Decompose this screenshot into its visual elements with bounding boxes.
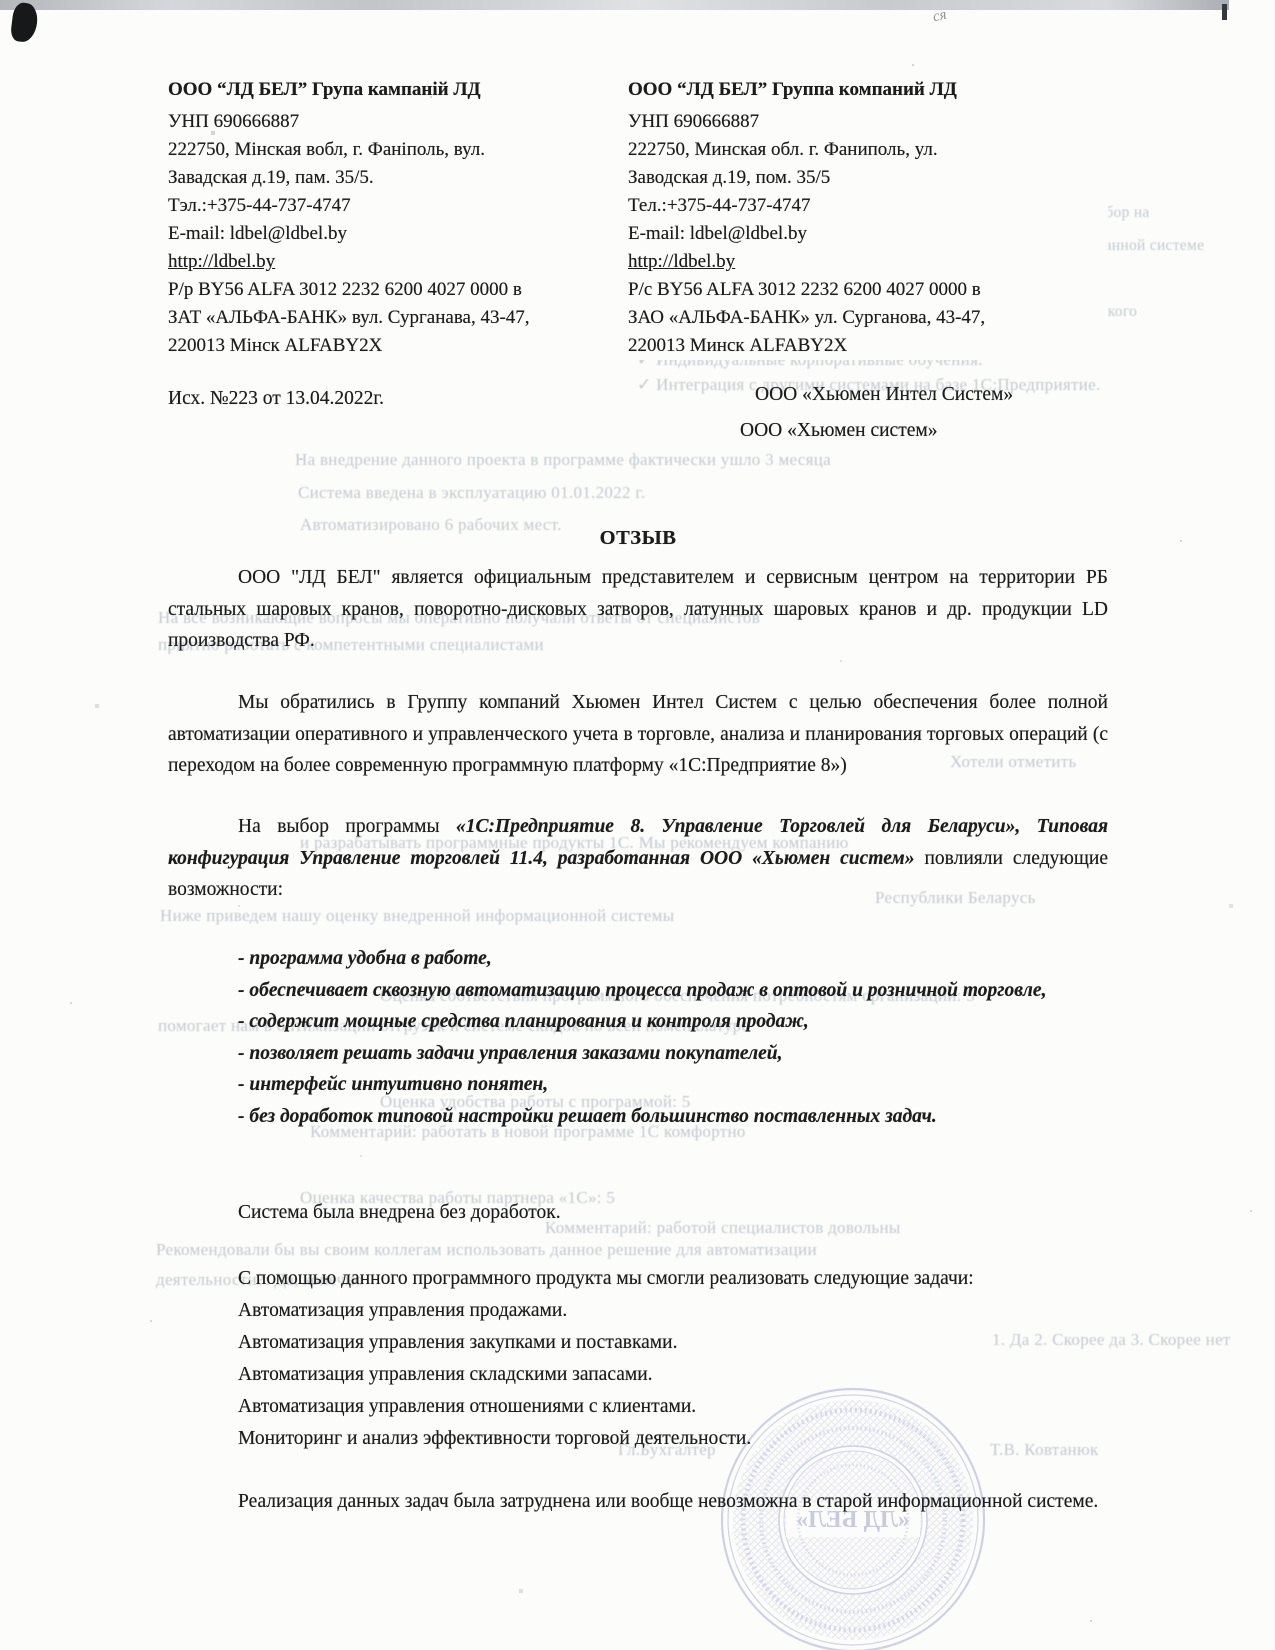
scanned-document-page: ся В качестве приложения при разработке … — [0, 0, 1275, 1650]
header-line: УНП 690666887 — [628, 108, 1108, 136]
header-line: УНП 690666887 — [168, 108, 638, 136]
document-title: ОТЗЫВ — [168, 527, 1108, 550]
header-line: Тел.:+375-44-737-4747 — [628, 192, 1108, 220]
task-line: Автоматизация управления закупками и пос… — [168, 1327, 1108, 1359]
paragraph-tasks-intro: С помощью данного программного продукта … — [168, 1263, 1108, 1295]
scan-artifact-band — [0, 0, 1229, 10]
addressee-line-2: ООО «Хьюмен систем» — [740, 420, 937, 442]
scan-noise-speckles — [0, 0, 2, 2]
outgoing-number: Исх. №223 от 13.04.2022г. — [168, 388, 384, 410]
header-line: Заводская д.19, пом. 35/5 — [628, 164, 1108, 192]
task-line: Автоматизация управления складскими запа… — [168, 1359, 1108, 1391]
feature-item: - без доработок типовой настройки решает… — [168, 1101, 1108, 1133]
header-line: Тэл.:+375-44-737-4747 — [168, 192, 638, 220]
company-header-right: ООО “ЛД БЕЛ” Группа компаний ЛД УНП 6906… — [628, 76, 1108, 360]
website-url: http://ldbel.by — [628, 248, 1108, 276]
bleedthrough-fragment: На внедрение данного проекта в программе… — [295, 450, 831, 470]
handwriting-mark: ся — [931, 7, 948, 26]
task-line: Автоматизация управления продажами. — [168, 1295, 1108, 1327]
company-name-right: ООО “ЛД БЕЛ” Группа компаний ЛД — [628, 76, 1108, 104]
tasks-block: С помощью данного программного продукта … — [168, 1263, 1108, 1455]
p3-lead: На выбор программы — [238, 816, 456, 837]
paragraph-implemented: Система была внедрена без доработок. — [168, 1197, 1108, 1229]
header-line: 220013 Мінск ALFABY2X — [168, 332, 638, 360]
task-line: Мониторинг и анализ эффективности торгов… — [168, 1423, 1108, 1455]
paragraph-goal: Мы обратились в Группу компаний Хьюмен И… — [168, 687, 1108, 782]
feature-item: - обеспечивает сквозную автоматизацию пр… — [168, 975, 1108, 1007]
header-line: E-mail: ldbel@ldbel.by — [168, 220, 638, 248]
website-url: http://ldbel.by — [168, 248, 638, 276]
scan-artifact-edge-tick — [1222, 4, 1227, 20]
addressee-line-1: ООО «Хьюмен Интел Систем» — [755, 384, 1013, 406]
header-line: E-mail: ldbel@ldbel.by — [628, 220, 1108, 248]
header-line: Р/р BY56 ALFA 3012 2232 6200 4027 0000 в — [168, 276, 638, 304]
feature-item: - содержит мощные средства планирования … — [168, 1006, 1108, 1038]
task-line: Автоматизация управления отношениями с к… — [168, 1391, 1108, 1423]
header-line: ЗАО «АЛЬФА-БАНК» ул. Сурганова, 43-47, — [628, 304, 1108, 332]
header-line: 222750, Мінская вобл, г. Фаніполь, вул. — [168, 136, 638, 164]
header-line: Р/с BY56 ALFA 3012 2232 6200 4027 0000 в — [628, 276, 1108, 304]
feature-item: - программа удобна в работе, — [168, 943, 1108, 975]
header-line: 222750, Минская обл. г. Фаниполь, ул. — [628, 136, 1108, 164]
feature-list: - программа удобна в работе, - обеспечив… — [168, 943, 1108, 1132]
header-line: Завадская д.19, пам. 35/5. — [168, 164, 638, 192]
header-line: 220013 Минск ALFABY2X — [628, 332, 1108, 360]
bleedthrough-fragment: Система введена в эксплуатацию 01.01.202… — [298, 483, 645, 503]
feature-item: - интерфейс интуитивно понятен, — [168, 1069, 1108, 1101]
bleedthrough-fragment: Ниже приведем нашу оценку внедренной инф… — [160, 906, 674, 926]
paragraph-conclusion: Реализация данных задач была затруднена … — [168, 1486, 1108, 1518]
bleedthrough-fragment: Рекомендовали бы вы своим коллегам испол… — [156, 1240, 817, 1260]
feature-item: - позволяет решать задачи управления зак… — [168, 1038, 1108, 1070]
company-header-left: ООО “ЛД БЕЛ” Група кампаній ЛД УНП 69066… — [168, 76, 638, 360]
paragraph-company-intro: ООО "ЛД БЕЛ" является официальным предст… — [168, 562, 1108, 657]
header-line: ЗАТ «АЛЬФА-БАНК» вул. Сурганава, 43-47, — [168, 304, 638, 332]
paragraph-program-choice: На выбор программы «1С:Предприятие 8. Уп… — [168, 811, 1108, 906]
company-name-left: ООО “ЛД БЕЛ” Група кампаній ЛД — [168, 76, 638, 104]
